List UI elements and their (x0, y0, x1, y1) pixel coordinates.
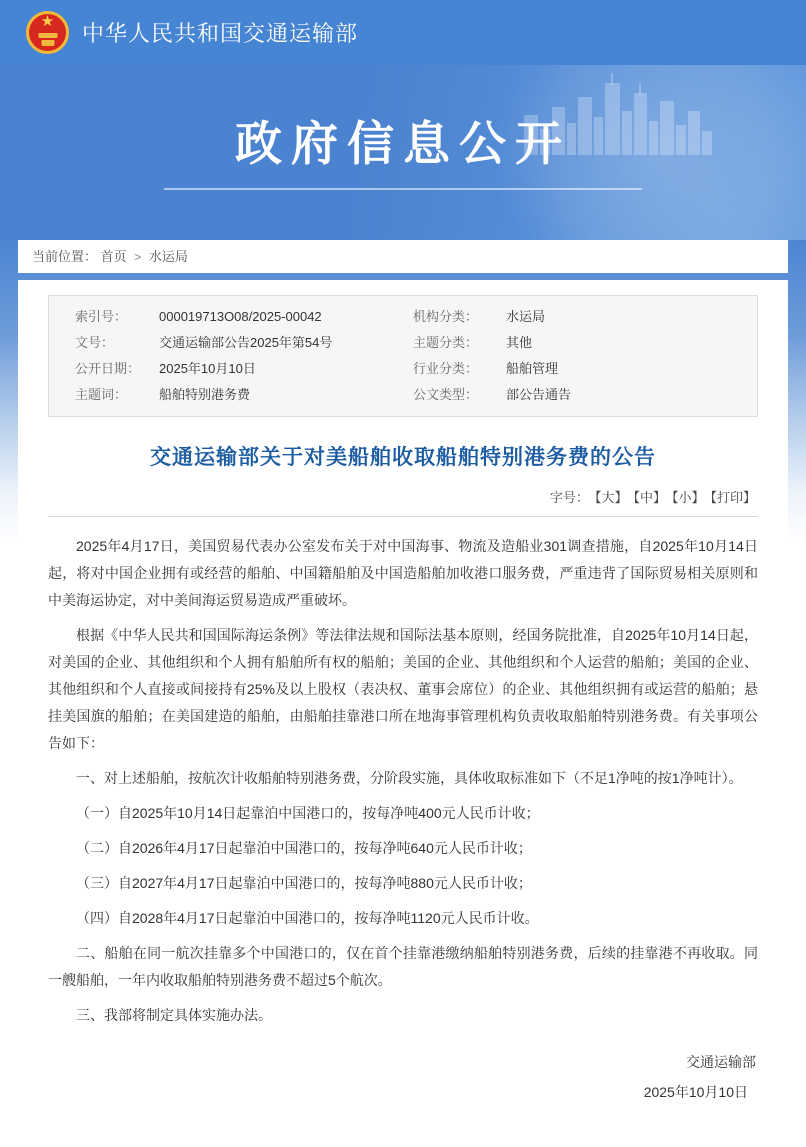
paragraph: 根据《中华人民共和国国际海运条例》等法律法规和国际法基本原则，经国务院批准，自2… (48, 622, 758, 757)
meta-row: 公开日期： 2025年10月10日 行业分类： 船舶管理 (75, 356, 757, 382)
article-body: 2025年4月17日，美国贸易代表办公室发布关于对中国海事、物流及造船业301调… (48, 517, 758, 1029)
content-card: 索引号： 000019713O08/2025-00042 机构分类： 水运局 文… (18, 280, 788, 1147)
paragraph: （二）自2026年4月17日起靠泊中国港口的，按每净吨640元人民币计收； (48, 835, 758, 862)
meta-value: 水运局 (506, 304, 757, 330)
font-size-toolbar: 字号：【大】【中】【小】【打印】 (48, 471, 758, 517)
meta-label: 索引号： (75, 304, 159, 330)
font-size-control[interactable]: 【大】 (595, 490, 628, 505)
paragraph: （一）自2025年10月14日起靠泊中国港口的，按每净吨400元人民币计收； (48, 800, 758, 827)
signature-date: 2025年10月10日 (48, 1077, 758, 1107)
signature-block: 交通运输部 2025年10月10日 (48, 1047, 758, 1107)
font-size-control[interactable]: 【中】 (633, 490, 666, 505)
breadcrumb-separator-icon: > (134, 250, 141, 264)
meta-label: 公开日期： (75, 356, 159, 382)
paragraph: 一、对上述船舶，按航次计收船舶特别港务费，分阶段实施，具体收取标准如下（不足1净… (48, 765, 758, 792)
banner: 政府信息公开 (0, 65, 806, 240)
meta-value: 船舶特别港务费 (159, 382, 413, 408)
meta-row: 文号： 交通运输部公告2025年第54号 主题分类： 其他 (75, 330, 757, 356)
font-size-control[interactable]: 【打印】 (710, 490, 756, 505)
article-title: 交通运输部关于对美船舶收取船舶特别港务费的公告 (48, 441, 758, 471)
paragraph: （三）自2027年4月17日起靠泊中国港口的，按每净吨880元人民币计收； (48, 870, 758, 897)
breadcrumb-home-link[interactable]: 首页 (101, 249, 127, 264)
gate-shape (38, 33, 57, 38)
meta-value: 2025年10月10日 (159, 356, 413, 382)
meta-value: 000019713O08/2025-00042 (159, 304, 413, 330)
paragraph: 三、我部将制定具体实施办法。 (48, 1002, 758, 1029)
page: ★ 中华人民共和国交通运输部 (0, 0, 806, 1147)
font-size-controls: 【大】【中】【小】【打印】 (589, 490, 756, 505)
gate-shape (41, 40, 54, 46)
breadcrumb-label: 当前位置： (32, 249, 97, 264)
meta-value: 部公告通告 (506, 382, 757, 408)
national-emblem-icon: ★ (26, 11, 69, 54)
site-name: 中华人民共和国交通运输部 (82, 17, 358, 48)
banner-underline (164, 188, 642, 190)
banner-title: 政府信息公开 (0, 65, 806, 174)
breadcrumb: 当前位置： 首页 > 水运局 (18, 240, 788, 273)
meta-row: 索引号： 000019713O08/2025-00042 机构分类： 水运局 (75, 304, 757, 330)
signature-name: 交通运输部 (48, 1047, 758, 1077)
meta-label: 公文类型： (413, 382, 506, 408)
star-icon: ★ (41, 14, 54, 29)
site-logo-link[interactable]: ★ 中华人民共和国交通运输部 (26, 11, 358, 54)
breadcrumb-current-link[interactable]: 水运局 (149, 249, 188, 264)
meta-label: 文号： (75, 330, 159, 356)
font-size-control[interactable]: 【小】 (672, 490, 705, 505)
meta-value: 交通运输部公告2025年第54号 (159, 330, 413, 356)
paragraph: 2025年4月17日，美国贸易代表办公室发布关于对中国海事、物流及造船业301调… (48, 533, 758, 614)
meta-value: 船舶管理 (506, 356, 757, 382)
meta-row: 主题词： 船舶特别港务费 公文类型： 部公告通告 (75, 382, 757, 408)
meta-value: 其他 (506, 330, 757, 356)
meta-table: 索引号： 000019713O08/2025-00042 机构分类： 水运局 文… (48, 295, 758, 417)
meta-label: 主题词： (75, 382, 159, 408)
meta-label: 主题分类： (413, 330, 506, 356)
paragraph: 二、船舶在同一航次挂靠多个中国港口的，仅在首个挂靠港缴纳船舶特别港务费，后续的挂… (48, 940, 758, 994)
paragraph: （四）自2028年4月17日起靠泊中国港口的，按每净吨1120元人民币计收。 (48, 905, 758, 932)
meta-label: 机构分类： (413, 304, 506, 330)
meta-label: 行业分类： (413, 356, 506, 382)
font-size-label: 字号： (550, 490, 589, 505)
page-background: 当前位置： 首页 > 水运局 索引号： 000019713O08/2025-00… (0, 240, 806, 1147)
